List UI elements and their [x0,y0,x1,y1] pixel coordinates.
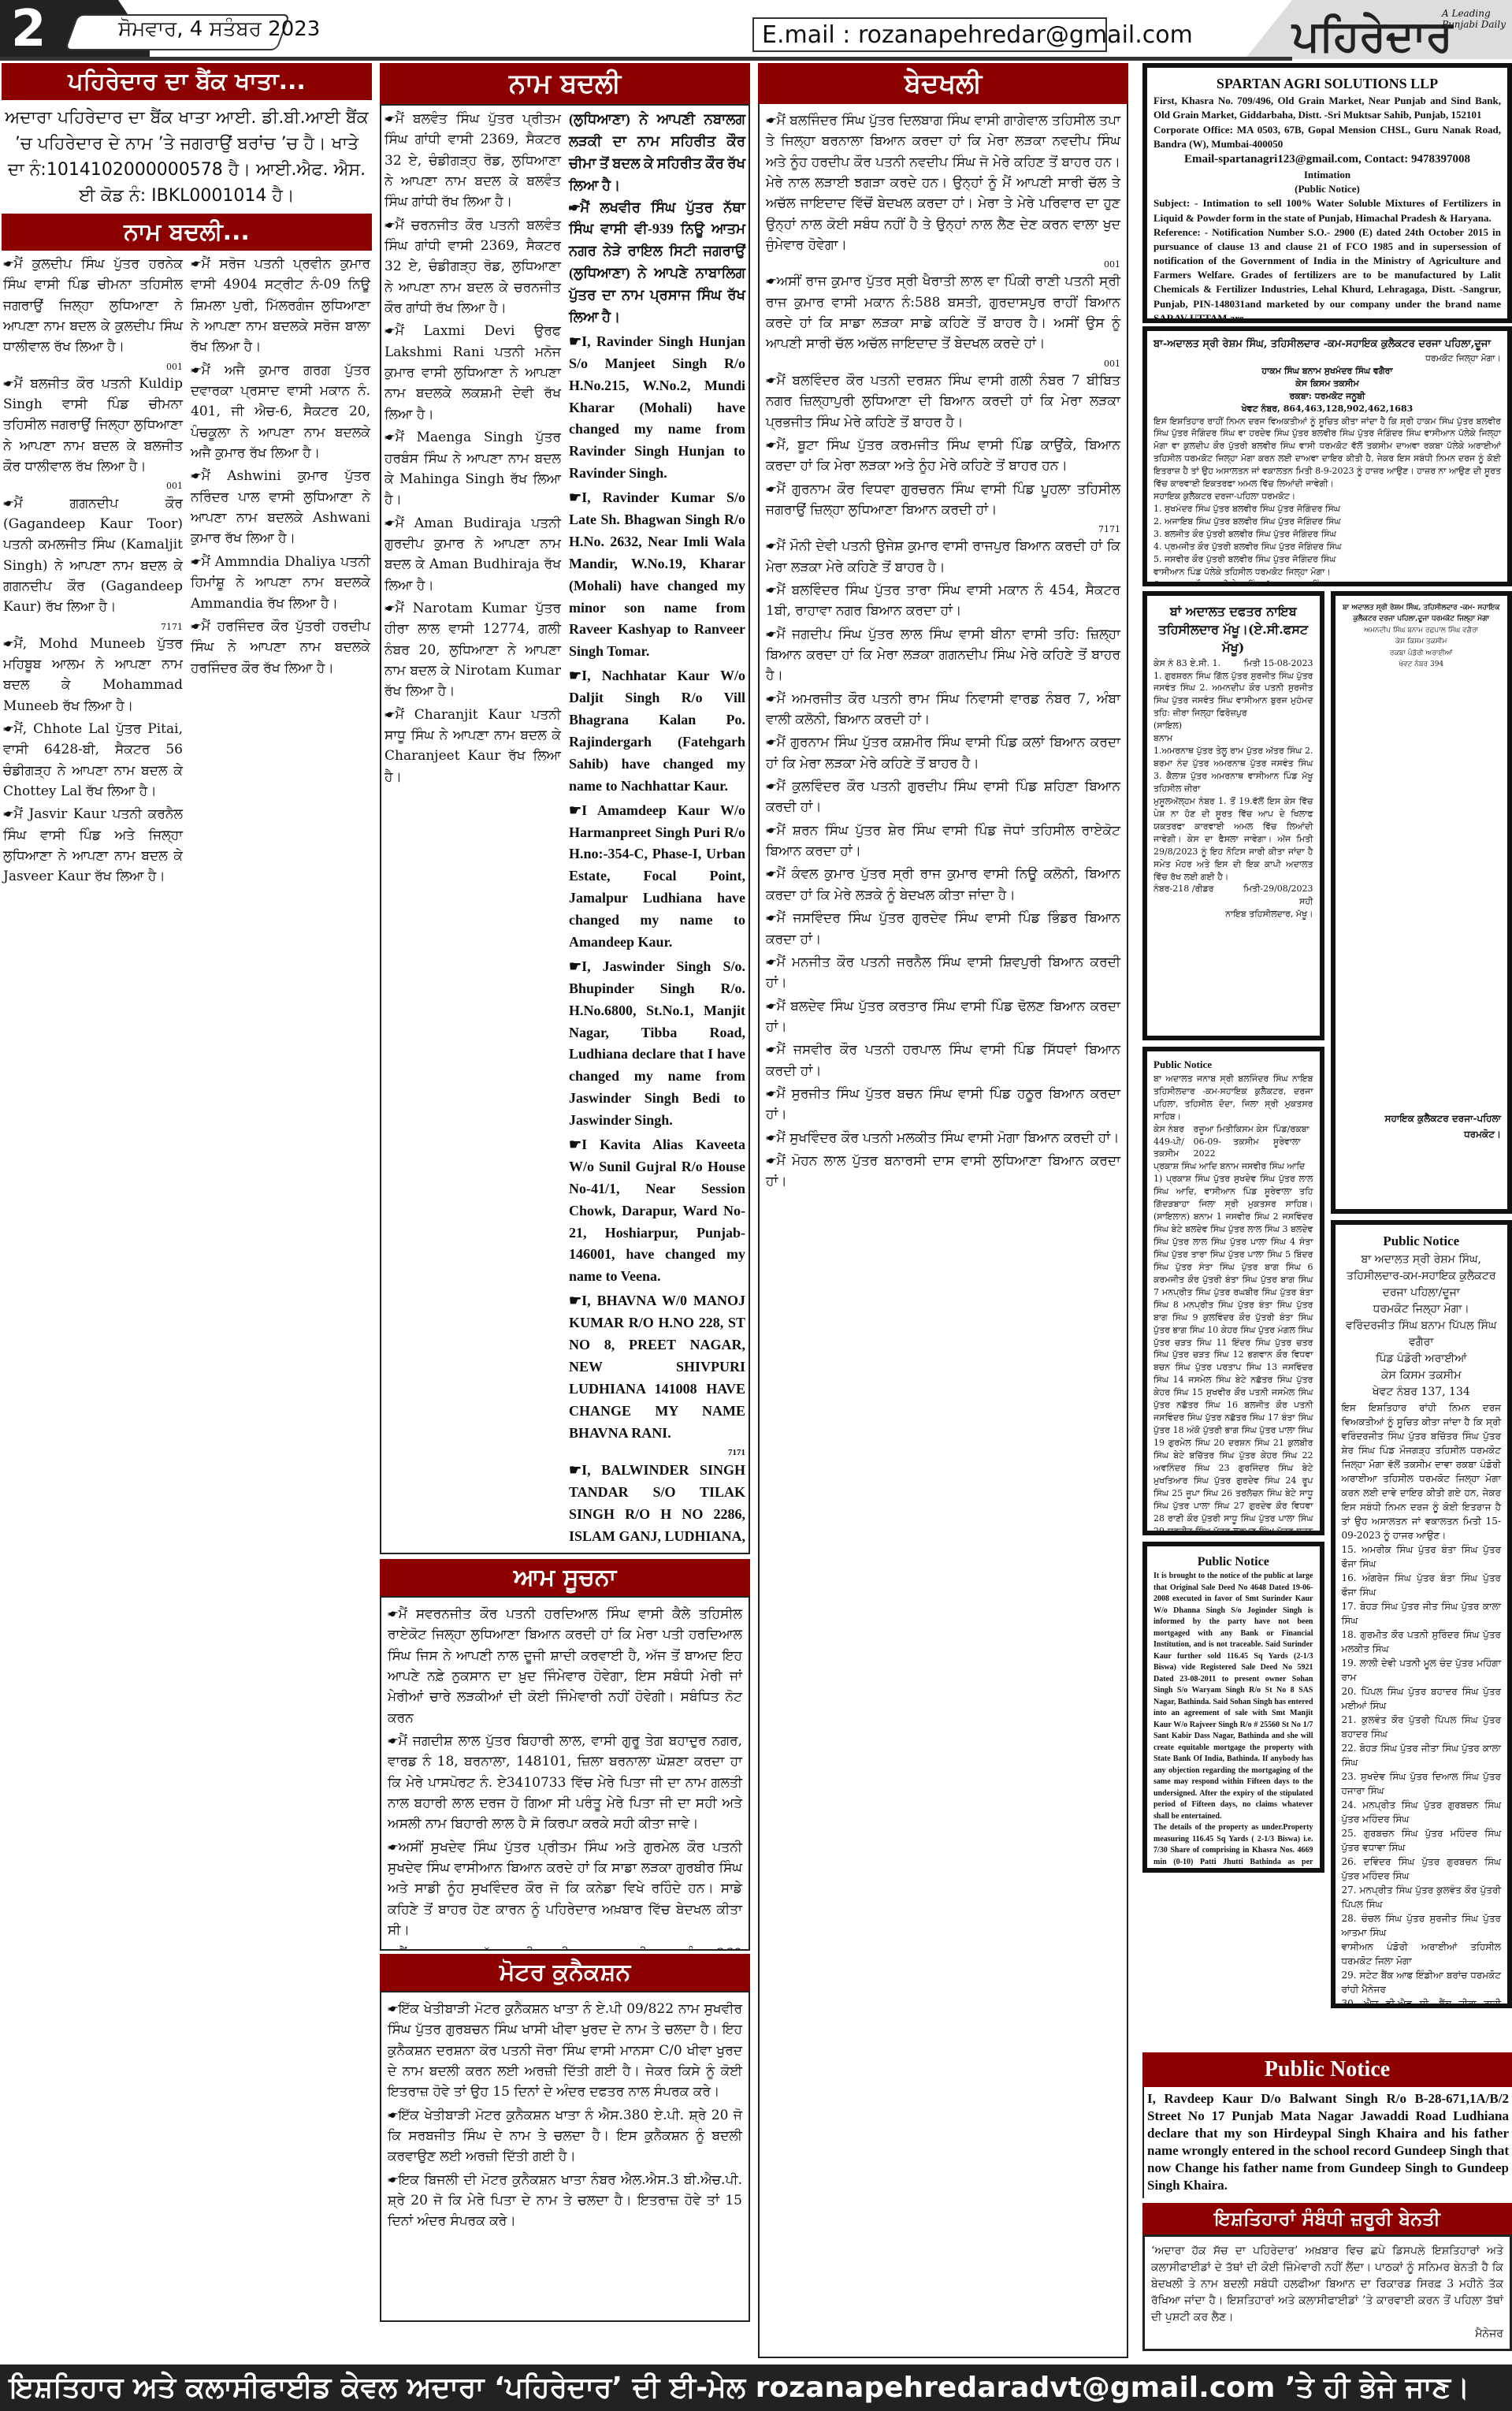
list-item: ਮੈਂ ਜਸਵੀਰ ਕੌਰ ਪਤਨੀ ਹਰਪਾਲ ਸਿੰਘ ਵਾਸੀ ਪਿੰਡ … [766,1040,1120,1081]
respondent: 27. ਮਨਪ੍ਰੀਤ ਸਿੰਘ ਪੁੱਤਰ ਕੁਲਵੰਤ ਕੌਰ ਪੁੱਤਰੀ… [1342,1883,1502,1911]
list-item: ਮੈਂ ਮਨਜੀਤ ਕੌਰ ਪਤਨੀ ਜਰਨੈਲ ਸਿੰਘ ਵਾਸੀ ਸ਼ਿਵਪ… [766,952,1120,994]
bank-account-text: ਅਦਾਰਾ ਪਹਿਰੇਦਾਰ ਦਾ ਬੈਂਕ ਖਾਤਾ ਆਈ. ਡੀ.ਬੀ.ਆਈ… [2,100,372,214]
legal-notices-grid: ਬਾਂ ਅਦਾਲਤ ਦਫਤਰ ਨਾਇਬ ਤਹਿਸੀਲਦਾਰ ਮੱਖੂ।(ਏ.ਸੀ… [1142,591,1512,2286]
list-item: ਅਸੀਂ ਰਾਜ ਕੁਮਾਰ ਪੁੱਤਰ ਸ੍ਰੀ ਖੈਰਾਤੀ ਲਾਲ ਵਾ … [766,271,1120,354]
public-notice-banner: Public Notice [1142,2052,1512,2087]
list-item: I, BHAVNA W/0 MANOJ KUMAR R/O H.NO 228, … [569,1290,745,1444]
list-item: ਮੈਂ Laxmi Devi ਉਰਫ Lakshmi Rani ਪਤਨੀ ਮਨੋ… [385,321,561,425]
respondent: 15. ਅਮਰੀਕ ਸਿੰਘ ਪੁੱਤਰ ਬੰਤਾ ਸਿੰਘ ਪੁੱਤਰ ਫੌਜ… [1342,1542,1502,1571]
court-signer: ਸਹਾਇਕ ਕੁਲੈਕਟਰ ਦਰਜਾ-ਪਹਿਲਾ ਧਰਮਕੋਟ। [1154,490,1501,503]
closing-text: ਮੁਸੂਲਅੱਲ੍ਹਮ ਨੰਬਰ 1. ਤੋਂ 19.ਵੱਲੋਂ ਇਸ ਕੇਸ … [1154,795,1313,884]
list-item: ਮੈਂ ਸ਼ਰਨ ਸਿੰਘ ਪੁੱਤਰ ਸ਼ੇਰ ਸਿੰਘ ਵਾਸੀ ਪਿੰਡ … [766,820,1120,862]
respondent: 21. ਕੁਲਵੰਤ ਕੌਰ ਪੁੱਤਰੀ ਪਿੱਪਲ ਸਿੰਘ ਪੁੱਤਰ ਬ… [1342,1713,1502,1741]
list-item: ਮੈਂ Ashwini ਕੁਮਾਰ ਪੁੱਤਰ ਨਰਿੰਦਰ ਪਾਲ ਵਾਸੀ … [191,466,370,549]
signature-label: ਸਹੀ [1154,895,1313,908]
list-item: ਮੈਂ ਕੁਲਵਿੰਦਰ ਕੌਰ ਪਤਨੀ ਗੁਰਦੀਪ ਸਿੰਘ ਵਾਸੀ ਪ… [766,776,1120,818]
reference: Reference: - Notification Number S.O.- 2… [1154,225,1501,323]
list-item: ਇਕ ਬਿਜਲੀ ਦੀ ਮੋਟਰ ਕੁਨੈਕਸ਼ਨ ਖਾਤਾ ਨੰਬਰ ਐਲ.ਐ… [388,2170,742,2232]
notice-heading: Public Notice [1154,1553,1313,1571]
case-line: ਰਕਬਾ ਪੰਡੋਰੀ ਅਰਾਈਆਂ [1342,648,1502,659]
case-table-row: 449-ਪੀ/ਤਕਸੀਮ 06-09-2022 ਤਕਸੀਮ ਸੂਰੇਵਾਲਾ [1154,1136,1313,1161]
respondent: 29. ਸਟੇਟ ਬੈਂਕ ਆਫ ਇੰਡੀਆ ਬਰਾਂਚ ਧਰਮਕੋਟ ਰਾਂਹ… [1342,1968,1502,1996]
court-body: ਇਸ ਇਸ਼ਤਿਹਾਰ ਰਾਹੀਂ ਨਿਮਨ ਦਰਜ ਵਿਅਕਤੀਆਂ ਨੂੰ … [1154,415,1501,491]
list-item: ਮੈਂ ਬਲਜੀਤ ਕੌਰ ਪਤਨੀ Kuldip Singh ਵਾਸੀ ਪਿੰ… [3,374,183,478]
respondent: 25. ਗੁਰਬਚਨ ਸਿੰਘ ਪੁੱਤਰ ਮਹਿੰਦਰ ਸਿੰਘ ਪੁੱਤਰ … [1342,1826,1502,1855]
name-change-banner: ਨਾਮ ਬਦਲੀ... [2,214,372,251]
respondent: 23. ਸੁਖਦੇਵ ਸਿੰਘ ਪੁੱਤਰ ਦਿਆਲ ਸਿੰਘ ਪੁੱਤਰ ਹਜ… [1342,1769,1502,1798]
case-line: ਰਕਬਾ: ਧਰਮਕੋਟ ਜਨੂਬੀ [1154,390,1501,403]
bottom-notices: Public Notice I, Ravdeep Kaur D/o Balwan… [1142,2052,1512,2361]
contact-email[interactable]: E.mail : rozanapehredar@gmail.com [752,17,1107,52]
notice-body: It is brought to the notice of the publi… [1154,1571,1313,1822]
case-date: ਮਿਤੀ 15-08-2023 [1243,657,1313,670]
respondent: 2. ਅਜਾਇਬ ਸਿੰਘ ਪੁੱਤਰ ਬਲਵੀਰ ਸਿੰਘ ਪੁੱਤਰ ਜੋਗ… [1154,515,1501,528]
list-item: ਮੈਂ ਗਗਨਦੀਪ ਕੌਰ (Gagandeep Kaur Toor) ਪਤਨ… [3,493,183,618]
list-item: ਮੈਂ ਜਗਦੀਸ਼ ਲਾਲ ਪੁੱਤਰ ਬਿਹਾਰੀ ਲਾਲ, ਵਾਸੀ ਗੁ… [388,1731,742,1835]
list-item: ਮੈਂ ਸਵਰਨਜੀਤ ਕੌਰ ਪਤਨੀ ਹਰਦਿਆਲ ਸਿੰਘ ਵਾਸੀ ਕੈ… [388,1604,742,1728]
ad-code: 001 [3,360,183,374]
legal-right-col: ਬਾ ਅਦਾਲਤ ਸ੍ਰੀ ਰੇਸ਼ਮ ਸਿੰਘ, ਤਹਿਸੀਲਦਾਰ -ਕਮ-… [1331,591,1512,2286]
bank-account-banner: ਪਹਿਰੇਦਾਰ ਦਾ ਬੈਂਕ ਖਾਤਾ... [2,63,372,100]
column-legal-notices: SPARTAN AGRI SOLUTIONS LLP First, Khasra… [1142,63,1512,2361]
list-item: ਮੈਂ ਅਮਰਜੀਤ ਕੌਰ ਪਤਨੀ ਰਾਮ ਸਿੰਘ ਨਿਵਾਸੀ ਵਾਰਡ… [766,689,1120,731]
court-notice-dharamkot: ਬਾ-ਅਦਾਲਤ ਸ੍ਰੀ ਰੇਸ਼ਮ ਸਿੰਘ, ਤਹਿਸੀਲਦਾਰ -ਕਮ-… [1142,326,1512,586]
respondent: ਵਾਸੀਅਨ ਪੰਡੋਰੀ ਅਰਾਈਆਂ ਤਹਿਸੀਲ ਧਰਮਕੋਟ ਜਿਲਾ … [1342,1940,1502,1968]
list-item: ਮੈਂ ਬਲਜਿੰਦਰ ਸਿੰਘ ਪੁੱਤਰ ਦਿਲਬਾਗ ਸਿੰਘ ਵਾਸੀ … [766,110,1120,255]
spartan-agri-notice: SPARTAN AGRI SOLUTIONS LLP First, Khasra… [1142,63,1512,323]
case-line: ਕੇਸ ਕਿਸਮ ਤਕਸੀਮ [1342,636,1502,647]
company-address: First, Khasra No. 709/496, Old Grain Mar… [1154,94,1501,122]
court-title: ਬਾ-ਅਦਾਲਤ ਸ੍ਰੀ ਰੇਸ਼ਮ ਸਿੰਘ, ਤਹਿਸੀਲਦਾਰ -ਕਮ-… [1154,337,1501,352]
corporate-office: Corporate Office: MA 0503, 67B, Gopal Me… [1154,123,1501,151]
versus-label: ਬਨਾਮ [1154,732,1313,745]
issue-date: ਸੋਮਵਾਰ, 4 ਸਤੰਬਰ 2023 [118,17,320,42]
public-info-box: ਮੈਂ ਸਵਰਨਜੀਤ ਕੌਰ ਪਤਨੀ ਹਰਦਿਆਲ ਸਿੰਘ ਵਾਸੀ ਕੈ… [380,1596,750,1951]
list-item: I, Ravinder Kumar S/o Late Sh. Bhagwan S… [569,487,745,663]
applicant-label: (ਸਾਇਲ) [1154,720,1313,732]
table-header-cell: ਕਿਸਮ ਕੇਸ [1233,1123,1273,1136]
case-table-header: ਕੇਸ ਨੰਬਰ ਰਜੂਆ ਮਿਤੀ ਕਿਸਮ ਕੇਸ ਪਿੰਡ/ਰਕਬਾ [1154,1123,1313,1136]
column-disinheritance: ਬੇਦਖਲੀ ਮੈਂ ਬਲਜਿੰਦਰ ਸਿੰਘ ਪੁੱਤਰ ਦਿਲਬਾਗ ਸਿੰ… [758,63,1128,2361]
notice-number: ਨੰਬਰ-218 /ਰੀਡਰ [1154,883,1214,895]
respondent: 16. ਅੰਗਰੇਜ ਸਿੰਘ ਪੁੱਤਰ ਬੰਤਾ ਸਿੰਘ ਪੁੱਤਰ ਫੌ… [1342,1571,1502,1599]
list-item: ਮੈਂ Aman Budiraja ਪਤਨੀ ਗੁਰਦੀਪ ਕੁਮਾਰ ਨੇ ਆ… [385,513,561,596]
name-change-banner-2: ਨਾਮ ਬਦਲੀ [380,63,750,104]
respondent: 1. ਸੁਖਮੰਦਰ ਸਿੰਘ ਪੁੱਤਰ ਬਲਵੀਰ ਸਿੰਘ ਪੁੱਤਰ ਜ… [1154,503,1501,515]
property-details: The details of the property as under.Pro… [1154,1822,1313,1873]
list-item: ਮੈਂ Maenga Singh ਪੁੱਤਰ ਹਰਬੰਸ ਸਿੰਘ ਨੇ ਆਪਣ… [385,427,561,510]
subject: Subject: - Intimation to sell 100% Water… [1154,196,1501,225]
list-item: ਮੈਂ ਗੁਰਨਾਮ ਕੌਰ ਵਿਧਵਾ ਗੁਰਚਰਨ ਸਿੰਘ ਵਾਸੀ ਪਿ… [766,479,1120,521]
respondent: 30. ਐਚ ਡੀ.ਐਫ ਸੀ. ਬੈਂਕ ਜੀਰਾ ਰਾਹੀ ਮੈਨੇਜਰ [1342,1996,1502,2009]
respondent: 26. ਦਵਿੰਦਰ ਸਿੰਘ ਪੁੱਤਰ ਗੁਰਬਚਨ ਸਿੰਘ ਪੁੱਤਰ … [1342,1855,1502,1883]
disclaimer-banner: ਇਸ਼ਤਿਹਾਰਾਂ ਸੰਬੰਧੀ ਜ਼ਰੂਰੀ ਬੇਨਤੀ [1142,2203,1512,2234]
court-location: ਧਰਮਕੋਟ ਜਿਲ੍ਹਾ ਮੋਗਾ। [1154,352,1501,365]
intimation-label: Intimation [1154,168,1501,182]
court-place: ਧਰਮਕੋਟ। [1342,1127,1502,1142]
notice-body: ਇਸ ਇਸ਼ਤਿਹਾਰ ਰਾਂਹੀ ਨਿਮਨ ਦਰਜ ਵਿਅਕਤੀਆਂ ਨੂੰ … [1342,1401,1502,1542]
list-item: ਮੈਂ Ammndia Dhaliya ਪਤਨੀ ਹਿਮਾਂਸ਼ੂ ਨੇ ਆਪਣ… [191,552,370,614]
table-header-cell: ਰਜੂਆ ਮਿਤੀ [1194,1123,1234,1136]
list-item: ਮੈਂ Jasvir Kaur ਪਤਨੀ ਕਰਨੈਲ ਸਿੰਘ ਵਾਸੀ ਪਿੰ… [3,804,183,887]
name-change-list-2: ਮੈਂ ਬਲਵੰਤ ਸਿੰਘ ਪੁੱਤਰ ਪ੍ਰੀਤਮ ਸਿੰਘ ਗਾਂਧੀ ਵ… [380,104,750,1554]
court-title: ਬਾ ਅਦਾਲਤ ਸ੍ਰੀ ਰੇਸ਼ਮ ਸਿੰਘ, ਤਹਿਸੀਲਦਾਰ -ਕਮ-… [1342,602,1502,625]
column-bank-namechange: ਪਹਿਰੇਦਾਰ ਦਾ ਬੈਂਕ ਖਾਤਾ... ਅਦਾਰਾ ਪਹਿਰੇਦਾਰ … [2,63,372,2361]
table-cell: 06-09-2022 [1194,1136,1234,1161]
list-item: I, Ravinder Singh Hunjan S/o Manjeet Sin… [569,331,745,485]
list-item: ਇੱਕ ਖੇਤੀਬਾੜੀ ਮੋਟਰ ਕੁਨੈਕਸ਼ਨ ਖਾਤਾ ਨੰ ਏ.ਪੀ … [388,1999,742,2103]
notice-heading: Public Notice [1342,1231,1502,1252]
table-header-cell: ਪਿੰਡ/ਰਕਬਾ [1273,1123,1313,1136]
court-title: ਬਾ ਅਦਾਲਤ ਸ੍ਰੀ ਰੇਸ਼ਮ ਸਿੰਘ, ਤਹਿਸੀਲਦਾਰ-ਕਮ-ਸ… [1342,1252,1502,1301]
list-item: ਮੈਂ ਸੁਖਵਿੰਦਰ ਕੌਰ ਪਤਨੀ ਮਲਕੀਤ ਸਿੰਘ ਵਾਸੀ ਮੋ… [766,1128,1120,1148]
case-line: ਕੇਸ ਕਿਸਮ ਤਕਸੀਮ [1154,378,1501,390]
case-number: ਕੇਸ ਨੰ 83 ਏ.ਸੀ. 1. [1154,657,1220,670]
list-item: ਮੈਂ ਬਲਵੰਤ ਸਿੰਘ ਪੁੱਤਰ ਪ੍ਰੀਤਮ ਸਿੰਘ ਗਾਂਧੀ ਵ… [385,109,561,213]
respondent: 3. ਬਲਜੀਤ ਕੌਰ ਪੁੱਤਰੀ ਬਲਵੀਰ ਸਿੰਘ ਪੁੱਤਰ ਜੋਗ… [1154,528,1501,541]
respondent: 18. ਗੁਰਮੀਤ ਕੌਰ ਪਤਨੀ ਸੁਰਿੰਦਰ ਸਿੰਘ ਪੁੱਤਰ ਮ… [1342,1628,1502,1656]
disclaimer-signer: ਮੈਨੇਜਰ [1151,2326,1503,2342]
public-notice-bathinda: Public Notice It is brought to the notic… [1142,1542,1324,1873]
number-row: ਨੰਬਰ-218 /ਰੀਡਰ ਮਿਤੀ-29/08/2023 [1154,883,1313,895]
list-item: ਮੈਂ ਗੁਰਨਾਮ ਸਿੰਘ ਪੁੱਤਰ ਕਸ਼ਮੀਰ ਸਿੰਘ ਵਾਸੀ ਪ… [766,732,1120,774]
respondent: 22. ਬੋਹੜ ਸਿੰਘ ਪੁੱਤਰ ਜੀਤਾ ਸਿੰਘ ਪੁੱਤਰ ਕਾਲਾ… [1342,1741,1502,1769]
list-item: ਮੈਂ, ਬੂਟਾ ਸਿੰਘ ਪੁੱਤਰ ਕਰਮਜੀਤ ਸਿੰਘ ਵਾਸੀ ਪਿ… [766,435,1120,477]
public-notice-reshma: Public Notice ਬਾ ਅਦਾਲਤ ਸ੍ਰੀ ਰੇਸ਼ਮ ਸਿੰਘ, … [1331,1220,1512,2008]
name-change-col-right: (ਲੁਧਿਆਣਾ) ਨੇ ਆਪਣੀ ਨਬਾਲਗ ਲੜਕੀ ਦਾ ਨਾਮ ਸਹਿਰ… [569,109,745,1554]
list-item: I, Jaswinder Singh S/o. Bhupinder Singh … [569,956,745,1132]
respondents-list-faded [1342,670,1502,1111]
case-line: ਕੇਸ ਕਿਸਮ ਤਕਸੀਮ [1342,1367,1502,1384]
table-cell: ਤਕਸੀਮ [1233,1136,1273,1161]
list-item: ਮੈਂ ਬਲਵਿੰਦਰ ਸਿੰਘ ਪੁੱਤਰ ਤਾਰਾ ਸਿੰਘ ਵਾਸੀ ਮਕ… [766,580,1120,622]
list-item: I, BALWINDER SINGH TANDAR S/O TILAK SING… [569,1460,745,1554]
list-item: ਮੈਂ Charanjit Kaur ਪਤਨੀ ਸਾਧੂ ਸਿੰਘ ਨੇ ਆਪਣ… [385,705,561,787]
court-title: ਬਾ ਅਦਾਲਤ ਜਨਾਬ ਸ੍ਰੀ ਬਲਜਿੰਦਰ ਸਿੰਘ ਨਾਇਬ ਤਹਿ… [1154,1073,1313,1123]
public-notice-doda: Public Notice ਬਾ ਅਦਾਲਤ ਜਨਾਬ ਸ੍ਰੀ ਬਲਜਿੰਦਰ… [1142,1047,1324,1535]
name-change-col-left: ਮੈਂ ਬਲਵੰਤ ਸਿੰਘ ਪੁੱਤਰ ਪ੍ਰੀਤਮ ਸਿੰਘ ਗਾਂਧੀ ਵ… [385,109,561,1554]
case-line: ਅਮਨਦੀਪ ਸਿੰਘ ਬਨਾਮ ਰਛਪਾਲ ਸਿੰਘ ਵਗੈਰਾ [1342,625,1502,636]
table-header-cell: ਕੇਸ ਨੰਬਰ [1154,1123,1194,1136]
case-line: ਖੇਵਟ ਨੰਬਰ 394 [1342,659,1502,670]
list-item: ਮੈਂ, Chhote Lal ਪੁੱਤਰ Pitai, ਵਾਸੀ 6428-ਬ… [3,719,183,802]
list-item: ਮੈਂ ਜਸਵਿੰਦਰ ਸਿੰਘ ਪੁੱਤਰ ਗੁਰਦੇਵ ਸਿੰਘ ਵਾਸੀ … [766,908,1120,950]
respondent: 19. ਲਾਲੀ ਦੇਵੀ ਪਤਨੀ ਮੂਲ ਚੰਦ ਪੁੱਤਰ ਮਹਿੰਗਾ … [1342,1656,1502,1684]
respondent: 5. ਜਸਵੀਰ ਕੌਰ ਪੁੱਤਰੀ ਬਲਵੀਰ ਸਿੰਘ ਪੁੱਤਰ ਜੋਗ… [1154,553,1501,566]
case-line: ਖੇਵਟ ਨੰਬਰ, 864,463,128,902,462,1683 [1154,403,1501,415]
legal-left-col: ਬਾਂ ਅਦਾਲਤ ਦਫਤਰ ਨਾਇਬ ਤਹਿਸੀਲਦਾਰ ਮੱਖੂ।(ਏ.ਸੀ… [1142,591,1324,2286]
table-cell: 449-ਪੀ/ਤਕਸੀਮ [1154,1136,1194,1161]
ad-code: 001 [3,479,183,493]
court-title: ਬਾਂ ਅਦਾਲਤ ਦਫਤਰ ਨਾਇਬ ਤਹਿਸੀਲਦਾਰ ਮੱਖੂ।(ਏ.ਸੀ… [1154,602,1313,657]
motor-connection-box: ਇੱਕ ਖੇਤੀਬਾੜੀ ਮੋਟਰ ਕੁਨੈਕਸ਼ਨ ਖਾਤਾ ਨੰ ਏ.ਪੀ … [380,1991,750,2322]
ad-code: 001 [766,357,1120,370]
list-item: I, Nachhatar Kaur W/o Daljit Singh R/o V… [569,665,745,797]
list-item: ਮੈਂ Narotam Kumar ਪੁੱਤਰ ਹੀਰਾ ਲਾਲ ਵਾਸੀ 12… [385,598,561,702]
motor-connection-banner: ਮੋਟਰ ਕੁਨੈਕਸ਼ਨ [380,1954,750,1991]
list-item: ਮੈਂ ਕੰਵਲ ਕੁਮਾਰ ਪੁੱਤਰ ਸ੍ਰੀ ਰਾਜ ਕੁਮਾਰ ਵਾਸੀ… [766,864,1120,906]
case-line: ਵਰਿੰਦਰਜੀਤ ਸਿੰਘ ਬਨਾਮ ਪਿੱਪਲ ਸਿੰਘ ਵਗੈਰਾ [1342,1318,1502,1351]
parties: 1. ਗੁਰਸ਼ਰਨ ਸਿੰਘ ਗਿੱਲ ਪੁੱਤਰ ਸੁਰਜੀਤ ਸਿੰਘ ਪ… [1154,670,1313,720]
name-change-col-left: ਮੈਂ ਕੁਲਦੀਪ ਸਿੰਘ ਪੁੱਤਰ ਹਰਨੇਕ ਸਿੰਘ ਵਾਸੀ ਪਿ… [3,254,183,2312]
respondent: 17. ਬੋਹੜ ਸਿੰਘ ਪੁੱਤਰ ਜੀਤ ਸਿੰਘ ਪੁੱਤਰ ਕਾਲਾ … [1342,1599,1502,1628]
respondent: 6. ਗੁਰਬਖਸ਼ ਕੌਰ ਪਤਨੀ ਸੇਵਾ ਸਿੰਘ ਪੁੱਤਰ ਭਗਵਾ… [1154,579,1501,586]
list-item: ਮੈਂ ਮੋਹਨ ਲਾਲ ਪੁੱਤਰ ਬਨਾਰਸੀ ਦਾਸ ਵਾਸੀ ਲੁਧਿਆ… [766,1151,1120,1192]
list-item: ਮੈਂ ਹਰਜਿੰਦਰ ਕੌਰ ਪੁੱਤਰੀ ਹਰਦੀਪ ਸਿੰਘ ਨੇ ਆਪਣ… [191,616,370,679]
respondent: 24. ਮਨਪ੍ਰੀਤ ਸਿੰਘ ਪੁੱਤਰ ਗੁਰਬਚਨ ਸਿੰਘ ਪੁੱਤਰ… [1342,1798,1502,1826]
case-line: ਖੇਵਟ ਨੰਬਰ 137, 134 [1342,1384,1502,1401]
court-place: ਧਰਮਕੋਟ ਜਿਲ੍ਹਾ ਮੋਗਾ। [1342,1301,1502,1318]
list-item: ਮੈਂ ਕੁਲਦੀਪ ਸਿੰਘ ਪੁੱਤਰ ਹਰਨੇਕ ਸਿੰਘ ਵਾਸੀ ਪਿ… [3,254,183,358]
disclaimer-text: ‘ਅਦਾਰਾ ਹੱਕ ਸੱਚ ਦਾ ਪਹਿਰੇਦਾਰ’ ਅਖ਼ਬਾਰ ਵਿਚ ਛ… [1151,2243,1503,2326]
ad-code: 001 [766,258,1120,271]
court-notice-makhu: ਬਾਂ ਅਦਾਲਤ ਦਫਤਰ ਨਾਇਬ ਤਹਿਸੀਲਦਾਰ ਮੱਖੂ।(ਏ.ਸੀ… [1142,591,1324,1040]
list-item: ਮੈਂ ਸੁਰਜੀਤ ਸਿੰਘ ਪੁੱਤਰ ਬਚਨ ਸਿੰਘ ਵਾਸੀ ਪਿੰਡ… [766,1084,1120,1126]
list-item: ਮੈਂ ਅਜੈ ਕੁਮਾਰ ਗਰਗ ਪੁੱਤਰ ਦਵਾਰਕਾ ਪ੍ਰਸਾਦ ਵਾ… [191,360,370,464]
ad-code: 7171 [766,523,1120,536]
list-item: ਮੈਂ ਚਰਨਜੀਤ ਕੌਰ ਪਤਨੀ ਬਲਵੰਤ ਸਿੰਘ ਗਾਂਧੀ ਵਾਸ… [385,215,561,319]
case-info-row: ਕੇਸ ਨੰ 83 ਏ.ਸੀ. 1. ਮਿਤੀ 15-08-2023 [1154,657,1313,670]
notice-body: 1) ਪ੍ਰਕਾਸ਼ ਸਿੰਘ ਪੁੱਤਰ ਸੁਖਦੇਵ ਸਿੰਘ ਪੁੱਤਰ … [1154,1173,1313,1535]
masthead: 2 ਸੋਮਵਾਰ, 4 ਸਤੰਬਰ 2023 E.mail : rozanape… [0,0,1512,59]
footer-banner: ਇਸ਼ਤਿਹਾਰ ਅਤੇ ਕਲਾਸੀਫਾਈਡ ਕੇਵਲ ਅਦਾਰਾ ‘ਪਹਿਰੇ… [0,2364,1512,2411]
disinheritance-banner: ਬੇਦਖਲੀ [758,63,1128,104]
court-signer: ਨਾਇਬ ਤਹਿਸੀਲਦਾਰ, ਮੱਖੂ। [1154,908,1313,921]
court-notice-pandori: ਬਾ ਅਦਾਲਤ ਸ੍ਰੀ ਰੇਸ਼ਮ ਸਿੰਘ, ਤਹਿਸੀਲਦਾਰ -ਕਮ-… [1331,591,1512,1214]
notice-date: ਮਿਤੀ-29/08/2023 [1243,883,1313,895]
tagline: A Leading Punjabi Daily [1442,8,1512,30]
list-item: ਮੈਂ ਸਰੋਜ ਪਤਨੀ ਪ੍ਰਵੀਨ ਕੁਮਾਰ ਵਾਸੀ 4904 ਸਟ੍… [191,254,370,358]
parties: ਪ੍ਰਕਾਸ਼ ਸਿੰਘ ਆਦਿ ਬਨਾਮ ਜਸਵੀਰ ਸਿੰਘ ਆਦਿ [1154,1160,1313,1173]
case-line: ਪਿੰਡ ਪੰਡੋਰੀ ਅਰਾਈਆਂ [1342,1351,1502,1367]
ad-code: 7171 [569,1446,745,1460]
disclaimer-box: ‘ਅਦਾਰਾ ਹੱਕ ਸੱਚ ਦਾ ਪਹਿਰੇਦਾਰ’ ਅਖ਼ਬਾਰ ਵਿਚ ਛ… [1142,2234,1512,2351]
respondent: 20. ਪਿੱਪਲ ਸਿੰਘ ਪੁੱਤਰ ਬਹਾਦਰ ਸਿੰਘ ਪੁੱਤਰ ਮਈ… [1342,1684,1502,1713]
list-item: ਮੈਂ ਜਗਦੀਪ ਸਿੰਘ ਪੁੱਤਰ ਲਾਲ ਸਿੰਘ ਵਾਸੀ ਬੀਨਾ … [766,624,1120,686]
notice-heading: Public Notice [1154,1058,1313,1073]
name-change-list: ਮੈਂ ਕੁਲਦੀਪ ਸਿੰਘ ਪੁੱਤਰ ਹਰਨੇਕ ਸਿੰਘ ਵਾਸੀ ਪਿ… [2,251,372,2316]
disinheritance-list: ਮੈਂ ਬਲਜਿੰਦਰ ਸਿੰਘ ਪੁੱਤਰ ਦਿਲਬਾਗ ਸਿੰਘ ਵਾਸੀ … [758,104,1128,2358]
respondents: 1.ਅਮਰਨਾਥ ਪੁੱਤਰ ਤੇਲੂ ਰਾਮ ਪੁੱਤਰ ਅੱਤਰ ਸਿੰਘ … [1154,745,1313,795]
list-item: ਮੈਂ ਬਲਵਿੰਦਰ ਕੌਰ ਪਤਨੀ ਦਰਸ਼ਨ ਸਿੰਘ ਵਾਸੀ ਗਲੀ… [766,370,1120,433]
header-rule [0,57,1292,61]
list-item: ਮੈਂ, Mohd Muneeb ਪੁੱਤਰ ਮਹਿਬੂਬ ਆਲਮ ਨੇ ਆਪਣ… [3,634,183,716]
respondent: ਵਾਸੀਆਨ ਪਿੰਡ ਪੱਲੇਕੇ ਤਹਿਸੀਲ ਧਰਮਕੋਟ ਜਿਲ੍ਹਾ … [1154,566,1501,579]
respondent: 4. ਪ੍ਰਮਜੀਤ ਕੌਰ ਪੁੱਤਰੀ ਬਲਵੀਰ ਸਿੰਘ ਪੁੱਤਰ ਜ… [1154,541,1501,553]
list-item: (ਲੁਧਿਆਣਾ) ਨੇ ਆਪਣੀ ਨਬਾਲਗ ਲੜਕੀ ਦਾ ਨਾਮ ਸਹਿਰ… [569,109,745,197]
list-item: I Kavita Alias Kaveeta W/o Sunil Gujral … [569,1134,745,1288]
company-contact: Email-spartanagri123@gmail.com, Contact:… [1154,151,1501,168]
case-line: ਹਾਕਮ ਸਿੰਘ ਬਨਾਮ ਸੁਖਮੰਦਰ ਸਿੰਘ ਵਗੈਰਾ [1154,365,1501,378]
list-item: I Amamdeep Kaur W/o Harmanpreet Singh Pu… [569,800,745,954]
list-item: ਮੈਂ ਮੌਨੀ ਦੇਵੀ ਪਤਨੀ ਉਜੇਸ਼ ਕੁਮਾਰ ਵਾਸੀ ਰਾਜਪ… [766,536,1120,578]
name-change-col-right: ਮੈਂ ਸਰੋਜ ਪਤਨੀ ਪ੍ਰਵੀਨ ਕੁਮਾਰ ਵਾਸੀ 4904 ਸਟ੍… [191,254,370,2312]
newspaper-logo: ਪਹਿਰੇਦਾਰ [1292,11,1453,61]
list-item: ਅਸੀਂ ਸੁਖਦੇਵ ਸਿੰਘ ਪੁੱਤਰ ਪ੍ਰੀਤਮ ਸਿੰਘ ਅਤੇ ਗ… [388,1837,742,1941]
public-notice-label: (Public Notice) [1154,182,1501,196]
ad-code: 7171 [3,620,183,634]
table-cell: ਸੂਰੇਵਾਲਾ [1273,1136,1313,1161]
list-item: ਮੈਂ ਬਲਦੇਵ ਸਿੰਘ ਪੁੱਤਰ ਕਰਤਾਰ ਸਿੰਘ ਵਾਸੀ ਪਿੰ… [766,996,1120,1038]
list-item: ਮੈਂ ਲਖਵੀਰ ਸਿੰਘ ਪੁੱਤਰ ਨੱਥਾ ਸਿੰਘ ਵਾਸੀ ਵੀ-9… [569,197,745,329]
respondent: 28. ਚੰਚਲ ਸਿੰਘ ਪੁੱਤਰ ਸੁਰਜੀਤ ਸਿੰਘ ਪੁੱਤਰ ਆਤ… [1342,1911,1502,1940]
company-name: SPARTAN AGRI SOLUTIONS LLP [1154,74,1501,94]
public-info-banner: ਆਮ ਸੂਚਨਾ [380,1559,750,1596]
list-item: ਇੱਕ ਖੇਤੀਬਾੜੀ ਮੋਟਰ ਕੁਨੈਕਸ਼ਨ ਖਾਤਾ ਨੰ ਐਸ.38… [388,2105,742,2167]
column-name-change-public-info: ਨਾਮ ਬਦਲੀ ਮੈਂ ਬਲਵੰਤ ਸਿੰਘ ਪੁੱਤਰ ਪ੍ਰੀਤਮ ਸਿੰ… [380,63,750,2361]
court-signer: ਸਹਾਇਕ ਕੁਲੈਕਟਰ ਦਰਜਾ-ਪਹਿਲਾ [1342,1111,1502,1126]
list-item: ਮੈਂ ਕੁਲਭੂਸ਼ਨ ਸੂਦ ਪੁੱਤਰ ਸ੍ਰੀ ਤੁਲਸੀ ਰਾਮ ਸੂ… [388,1944,742,1951]
ravdeep-notice-body: I, Ravdeep Kaur D/o Balwant Singh R/o B-… [1142,2087,1512,2198]
